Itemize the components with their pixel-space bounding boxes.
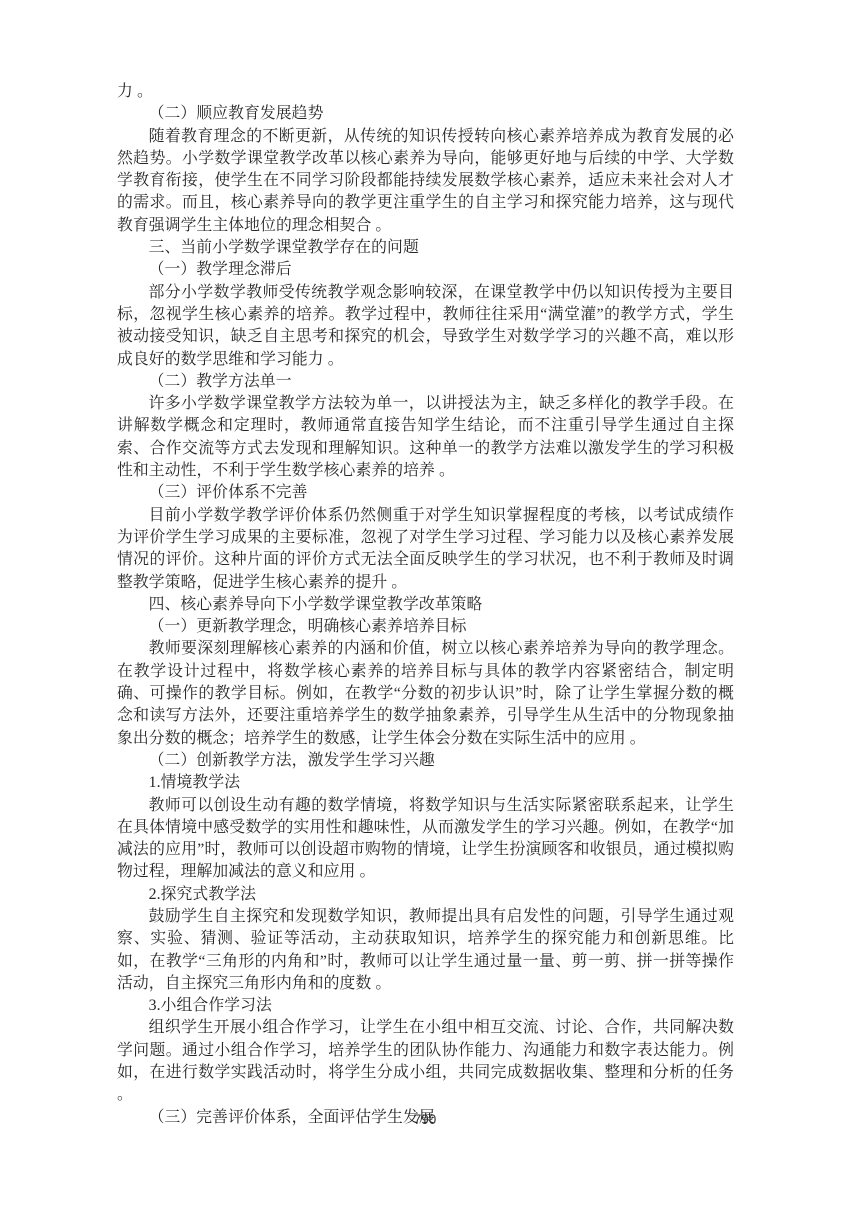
numbered-item-heading: 1.情境教学法 (117, 772, 734, 794)
subsection-heading: （二）顺应教育发展趋势 (117, 103, 734, 125)
subsection-heading: （三）评价体系不完善 (117, 482, 734, 504)
subsection-heading: （二）教学方法单一 (117, 371, 734, 393)
page-number: 790 (0, 1112, 850, 1127)
subsection-heading: （一）教学理念滞后 (117, 259, 734, 281)
paper-body-text: 力 。 （二）顺应教育发展趋势 随着教育理念的不断更新，从传统的知识传授转向核心… (117, 81, 734, 1129)
paragraph: 组织学生开展小组合作学习，让学生在小组中相互交流、讨论、合作，共同解决数学问题。… (117, 1017, 734, 1106)
paragraph-continuation: 力 。 (117, 81, 734, 103)
numbered-item-heading: 3.小组合作学习法 (117, 995, 734, 1017)
paragraph: 随着教育理念的不断更新，从传统的知识传授转向核心素养培养成为教育发展的必然趋势。… (117, 126, 734, 237)
paragraph: 部分小学数学教师受传统教学观念影响较深，在课堂教学中仍以知识传授为主要目标，忽视… (117, 282, 734, 371)
subsection-heading: （一）更新教学理念，明确核心素养培养目标 (117, 616, 734, 638)
paragraph: 鼓励学生自主探究和发现数学知识，教师提出具有启发性的问题，引导学生通过观察、实验… (117, 906, 734, 995)
section-heading: 四、核心素养导向下小学数学课堂教学改革策略 (117, 594, 734, 616)
subsection-heading: （二）创新教学方法，激发学生学习兴趣 (117, 750, 734, 772)
numbered-item-heading: 2.探究式教学法 (117, 884, 734, 906)
paragraph: 许多小学数学课堂教学方法较为单一，以讲授法为主，缺乏多样化的教学手段。在讲解数学… (117, 393, 734, 482)
section-heading: 三、当前小学数学课堂教学存在的问题 (117, 237, 734, 259)
paragraph: 教师要深刻理解核心素养的内涵和价值，树立以核心素养培养为导向的教学理念。在教学设… (117, 638, 734, 749)
paper-page: 力 。 （二）顺应教育发展趋势 随着教育理念的不断更新，从传统的知识传授转向核心… (0, 0, 850, 1205)
paragraph: 教师可以创设生动有趣的数学情境，将数学知识与生活实际紧密联系起来，让学生在具体情… (117, 795, 734, 884)
paragraph: 目前小学数学教学评价体系仍然侧重于对学生知识掌握程度的考核，以考试成绩作为评价学… (117, 505, 734, 594)
